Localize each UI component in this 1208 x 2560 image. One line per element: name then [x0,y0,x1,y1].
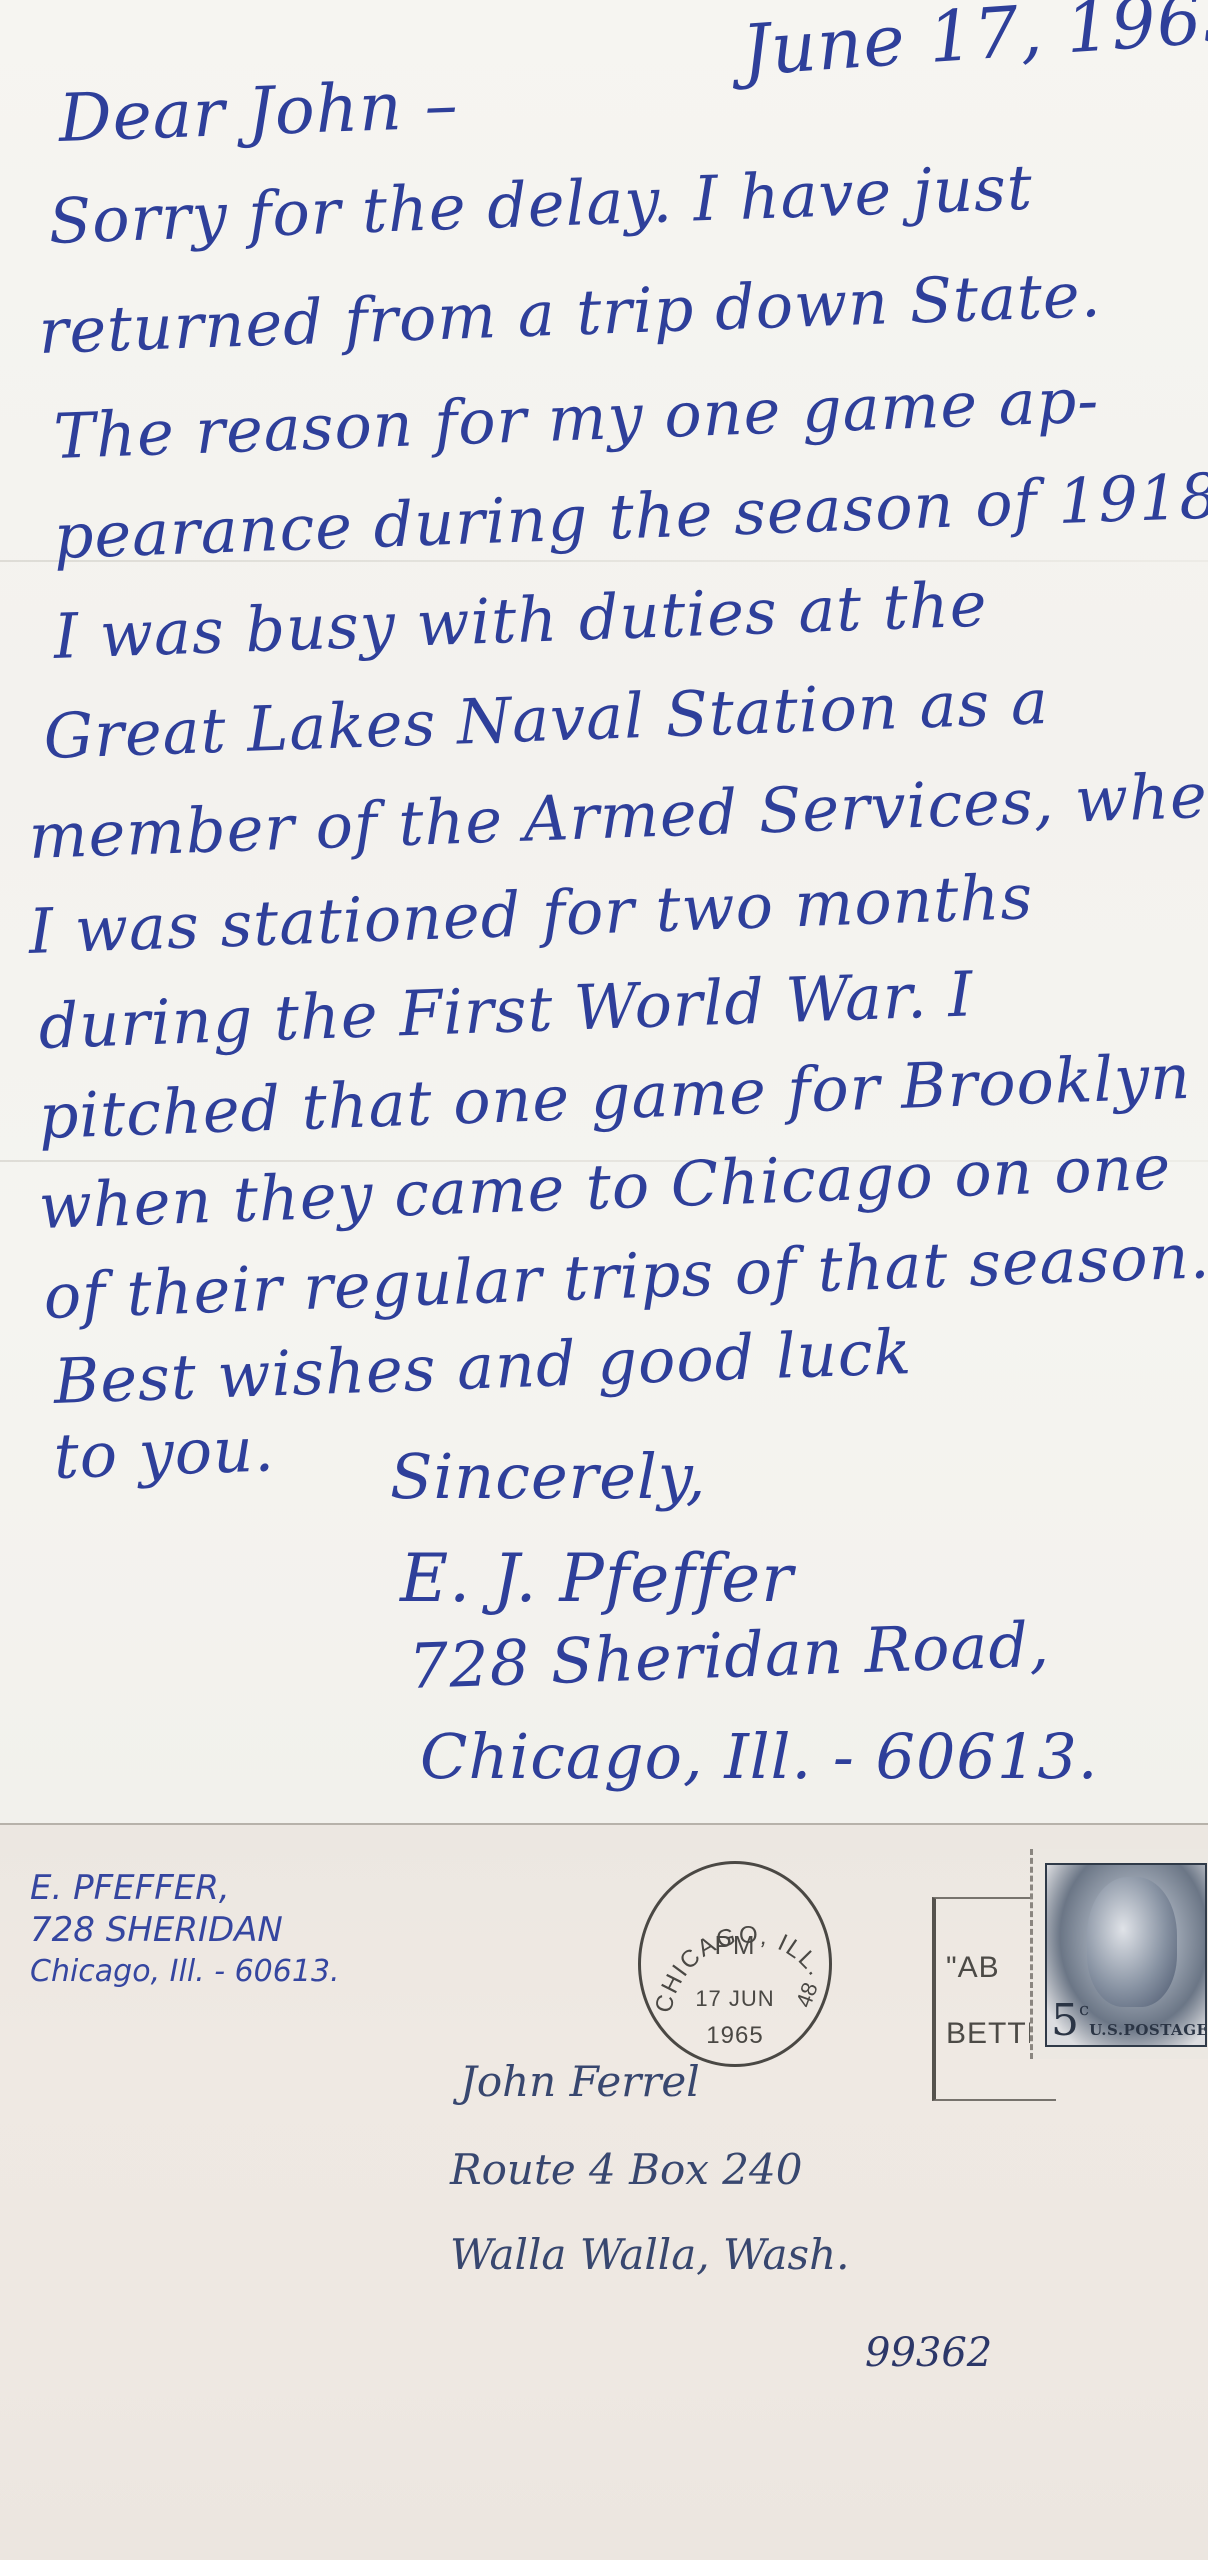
stamp-frame: 5cU.S.POSTAGE [1045,1863,1207,2047]
postage-stamp: 5cU.S.POSTAGE [1030,1849,1208,2059]
letter-line: pearance during the season of 1918 – [52,457,1208,573]
letter-sender-city: Chicago, Ill. - 60613. [420,1720,1098,1793]
letter-sender-street: 728 Sheridan Road, [407,1608,1050,1703]
letter-line: during the First World War. I [37,957,974,1063]
envelope: E. PFEFFER, 728 SHERIDAN Chicago, Ill. -… [0,1823,1208,2560]
letter-line: Best wishes and good luck [52,1315,913,1418]
recipient-zip: 99362 [865,2330,992,2376]
return-address-city: Chicago, Ill. - 60613. [30,1951,340,1993]
postmark-year: 1965 [641,2022,829,2050]
postmark-time: PM [641,1930,829,1961]
letter-line: I was stationed for two months [27,860,1034,968]
letter-line: The reason for my one game ap- [52,364,1100,473]
letter-line: returned from a trip down State. [37,258,1102,368]
recipient-street: Route 4 Box 240 [450,2145,802,2194]
recipient-name: John Ferrel [460,2057,700,2106]
letter-closing: Sincerely, [390,1440,706,1513]
letter-signature: E. J. Pfeffer [400,1540,794,1617]
letter-line: to you. [52,1412,275,1493]
letter-line: Sorry for the delay. I have just [47,151,1033,258]
stamp-denomination: 5cU.S.POSTAGE [1051,1999,1207,2043]
letter-date: June 17, 1965 [739,0,1208,92]
postmark: CHICAGO, ILL. PM 17 JUN 1965 48 [638,1861,832,2067]
handwritten-letter: June 17, 1965 Dear John – Sorry for the … [0,0,1208,1823]
letter-line: member of the Armed Services, where [27,756,1208,873]
recipient-city: Walla Walla, Wash. [450,2230,850,2279]
stamp-label: U.S.POSTAGE [1089,2021,1207,2039]
return-address: E. PFEFFER, 728 SHERIDAN Chicago, Ill. -… [30,1867,340,1993]
letter-line: Great Lakes Naval Station as a [42,665,1050,773]
washington-portrait-icon [1087,1877,1177,2007]
return-address-street: 728 SHERIDAN [30,1909,340,1951]
letter-salutation: Dear John – [57,66,459,157]
slogan-line-1: "AB [946,1951,1000,1985]
letter-line: I was busy with duties at the [52,567,988,673]
return-address-name: E. PFEFFER, [30,1867,340,1909]
